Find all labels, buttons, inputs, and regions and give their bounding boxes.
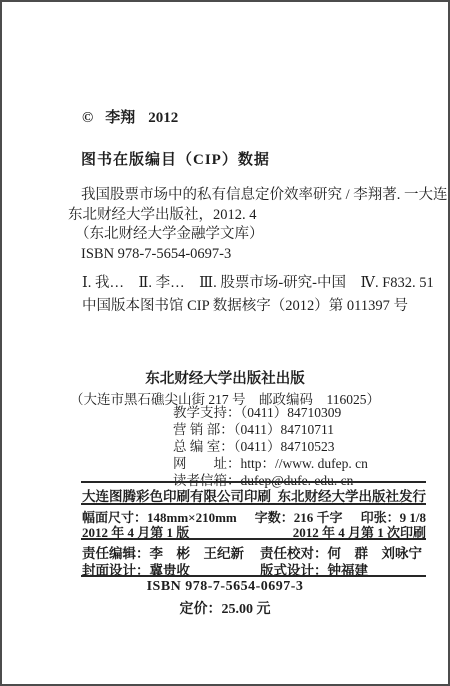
divider-rule-credits <box>81 538 426 540</box>
contact-label: 总 编 室： <box>173 439 234 454</box>
contact-label: 网 址： <box>173 456 241 471</box>
cip-classification-line: Ⅰ. 我… Ⅱ. 李… Ⅲ. 股票市场-研究-中国 Ⅳ. F832. 51 <box>82 271 434 292</box>
cip-entry-isbn: ISBN 978-7-5654-0697-3 <box>68 245 428 265</box>
distributor-name: 东北财经大学出版社发行 <box>278 485 427 505</box>
contact-value: （0411）84710309 <box>241 405 342 420</box>
contact-line-editorial-office: 总 编 室：（0411）84710523 <box>173 438 368 455</box>
divider-rule-bottom <box>81 575 426 577</box>
cip-record-number: 中国版本图书馆 CIP 数据核字（2012）第 011397 号 <box>82 294 408 315</box>
divider-rule-specs <box>81 503 426 505</box>
divider-rule-top <box>81 481 426 483</box>
contact-line-teaching-support: 教学支持：（0411）84710309 <box>173 404 368 421</box>
publisher-imprint-line: 东北财经大学出版社出版 <box>2 367 448 388</box>
cip-series-note: （东北财经大学金融学文库） <box>68 225 428 245</box>
contact-line-marketing-dept: 营 销 部：（0411）84710711 <box>173 421 368 438</box>
contact-line-website: 网 址：http：//www. dufep. cn <box>173 455 368 472</box>
cip-entry-title-line: 我国股票市场中的私有信息定价效率研究 / 李翔著. 一大连： <box>68 186 428 206</box>
printer-name: 大连图腾彩色印刷有限公司印刷 <box>82 485 271 505</box>
contact-label: 教学支持： <box>173 405 241 420</box>
contact-value: http：//www. dufep. cn <box>241 456 368 471</box>
contact-value: （0411）84710523 <box>234 439 335 454</box>
copyright-holder: 李翔 <box>105 110 135 126</box>
cip-catalog-entry: 我国股票市场中的私有信息定价效率研究 / 李翔著. 一大连： 东北财经大学出版社… <box>68 186 428 264</box>
isbn-footer: ISBN 978-7-5654-0697-3 <box>2 579 448 595</box>
copyright-notice: ©李翔2012 <box>82 106 178 127</box>
copyright-year: 2012 <box>148 110 178 126</box>
book-copyright-page: ©李翔2012 图书在版编目（CIP）数据 我国股票市场中的私有信息定价效率研究… <box>0 0 450 686</box>
cip-data-heading: 图书在版编目（CIP）数据 <box>81 148 270 169</box>
copyright-symbol: © <box>82 110 93 126</box>
cip-entry-publisher-line: 东北财经大学出版社，2012. 4 <box>68 206 428 226</box>
contact-value: （0411）84710711 <box>234 422 334 437</box>
contact-label: 营 销 部： <box>173 422 234 437</box>
publisher-contact-block: 教学支持：（0411）84710309 营 销 部：（0411）84710711… <box>173 404 368 489</box>
printer-distributor-row: 大连图腾彩色印刷有限公司印刷 东北财经大学出版社发行 <box>82 485 426 505</box>
price-line: 定价：25.00 元 <box>2 598 448 618</box>
